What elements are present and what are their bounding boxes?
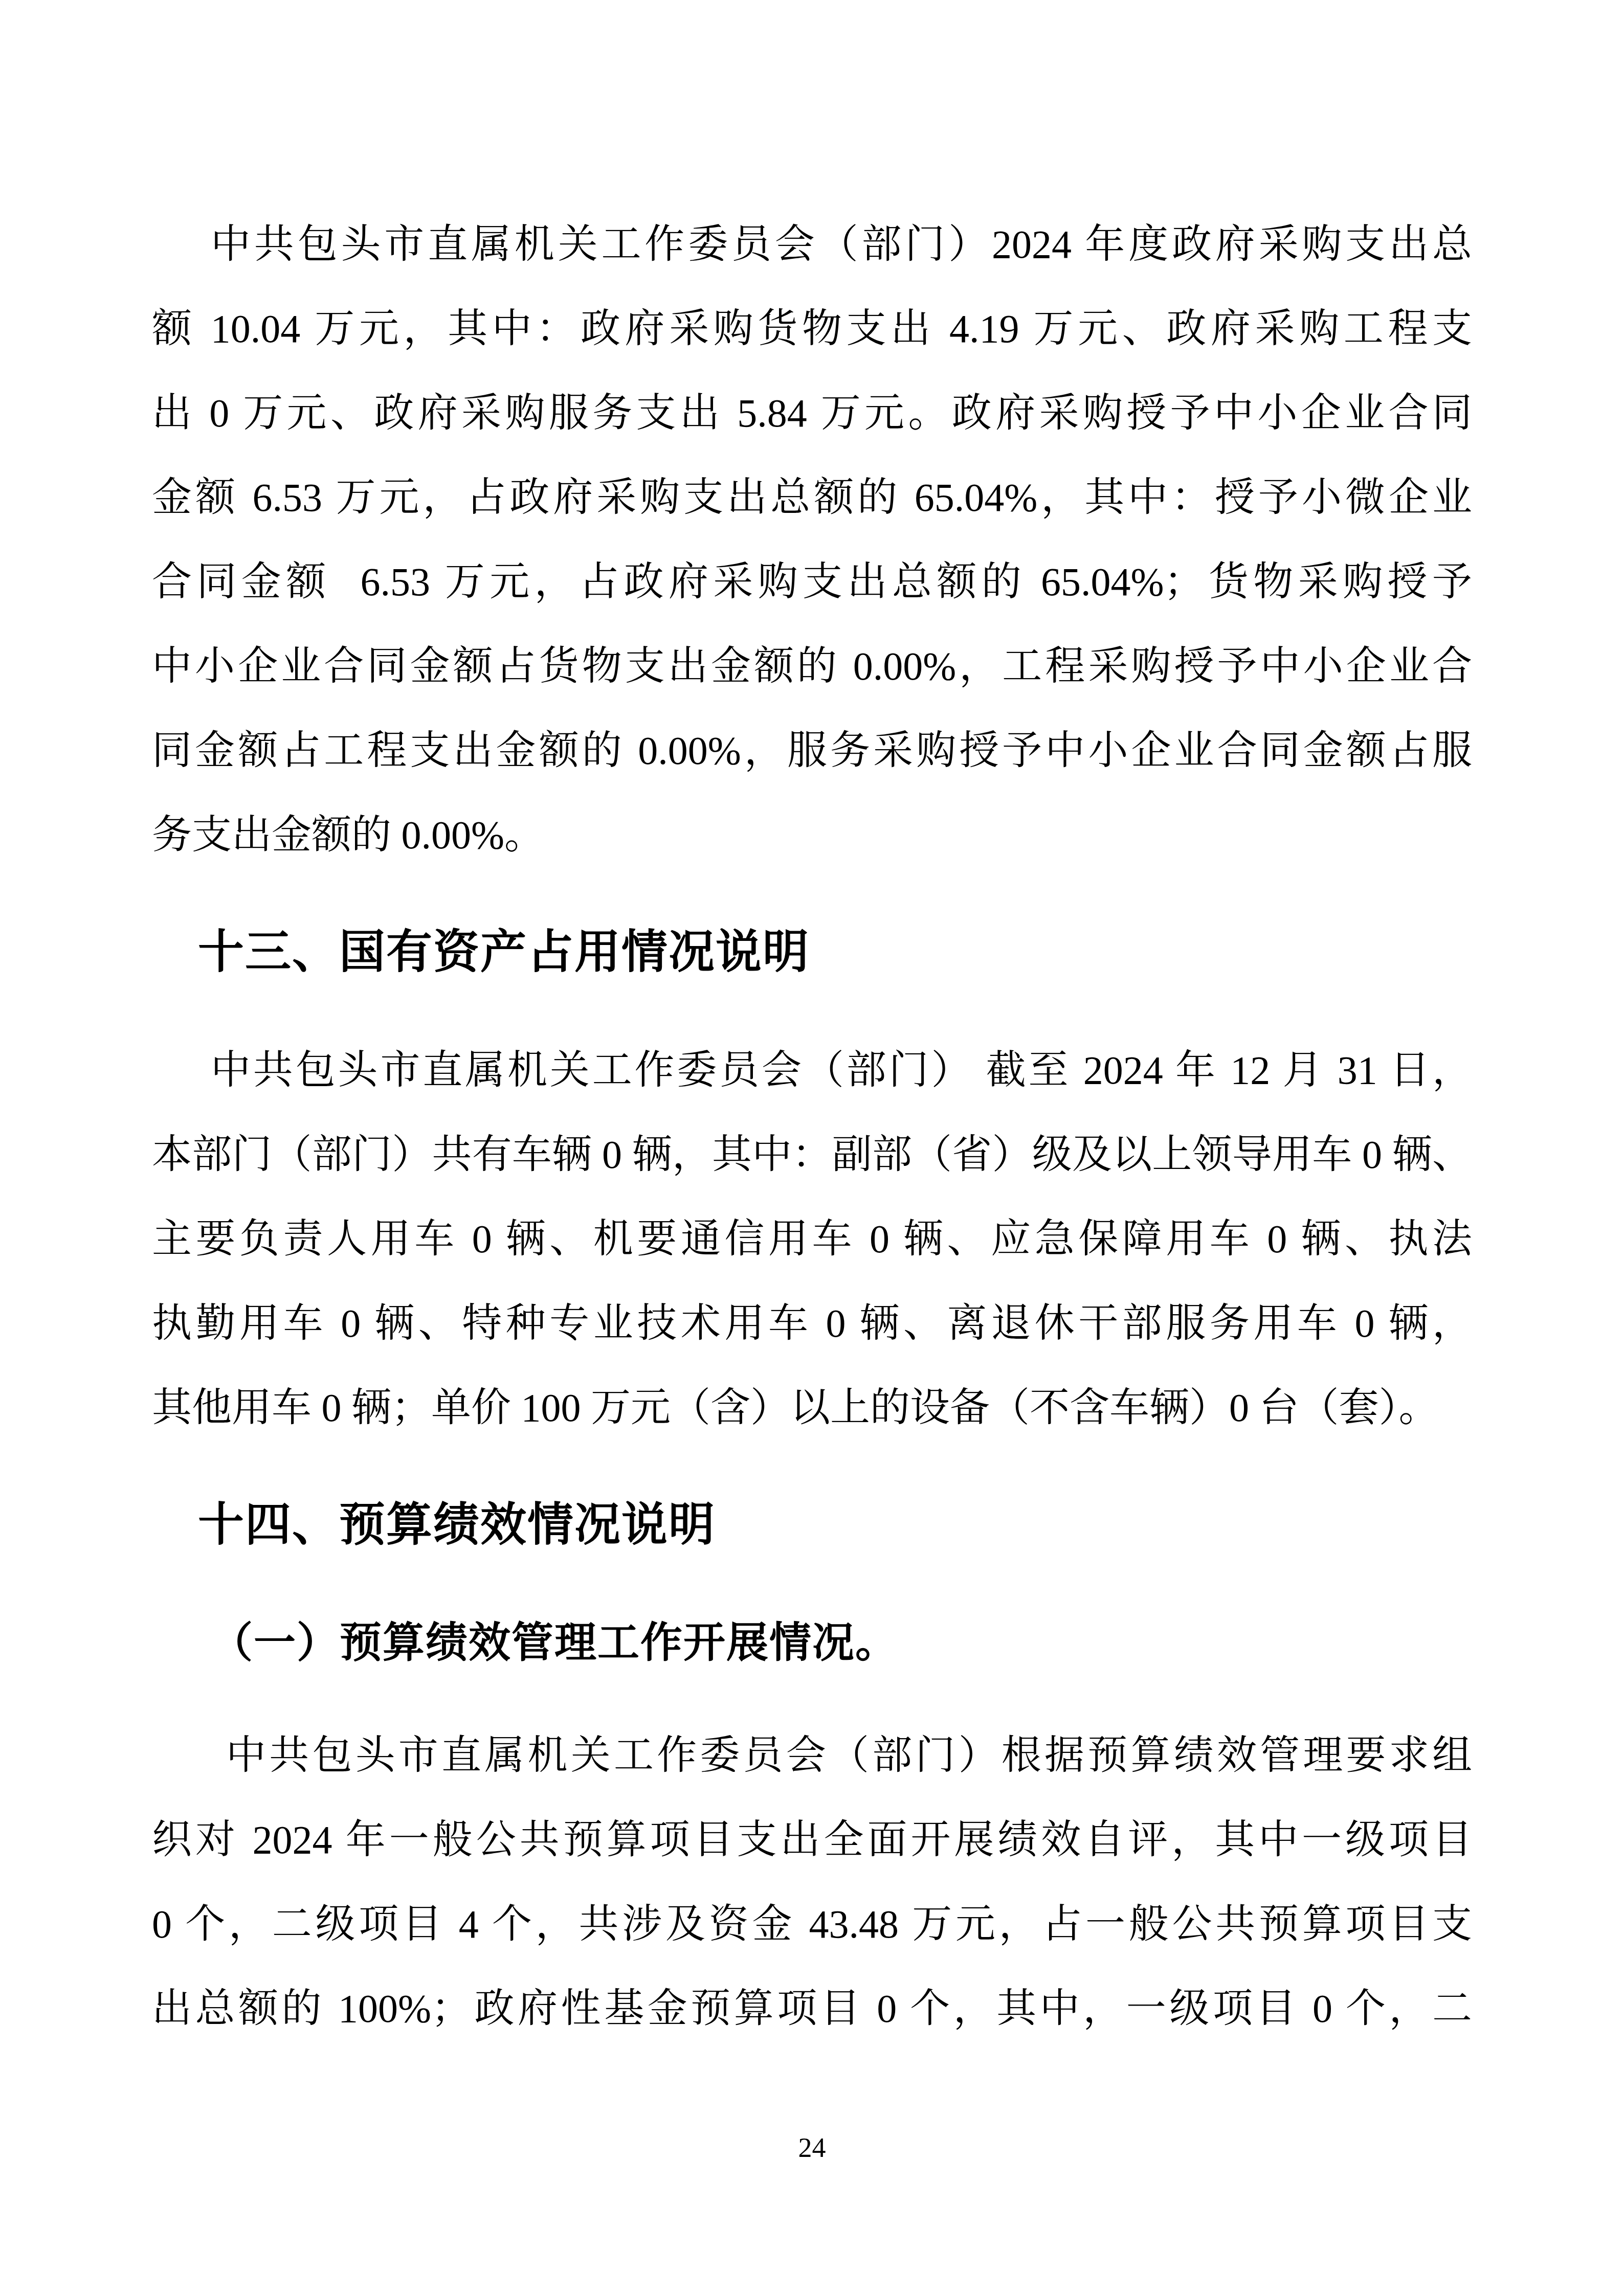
text-line: 本部门（部门）共有车辆 0 辆，其中：副部（省）级及以上领导用车 0 辆、 [152, 1112, 1472, 1197]
text-line: 织对 2024 年一般公共预算项目支出全面开展绩效自评，其中一级项目 [152, 1797, 1472, 1882]
paragraph-budget-performance: 中共包头市直属机关工作委员会（部门）根据预算绩效管理要求组织对 2024 年一般… [152, 1713, 1472, 2051]
heading-section-14-budget-performance: 十四、预算绩效情况说明 [152, 1483, 1472, 1567]
document-body: 中共包头市直属机关工作委员会（部门）2024 年度政府采购支出总额 10.04 … [0, 0, 1624, 2051]
subheading-performance-management: （一）预算绩效管理工作开展情况。 [152, 1601, 1472, 1685]
text-line: 合同金额 6.53 万元，占政府采购支出总额的 65.04%；货物采购授予 [152, 539, 1472, 624]
document-page: 中共包头市直属机关工作委员会（部门）2024 年度政府采购支出总额 10.04 … [0, 0, 1624, 2296]
text-line: 金额 6.53 万元，占政府采购支出总额的 65.04%，其中：授予小微企业 [152, 455, 1472, 539]
text-line: 执勤用车 0 辆、特种专业技术用车 0 辆、离退休干部服务用车 0 辆， [152, 1281, 1472, 1365]
text-line: 同金额占工程支出金额的 0.00%，服务采购授予中小企业合同金额占服 [152, 708, 1472, 793]
text-line: 其他用车 0 辆；单价 100 万元（含）以上的设备（不含车辆）0 台（套）。 [152, 1365, 1472, 1450]
text-line: 出总额的 100%；政府性基金预算项目 0 个，其中，一级项目 0 个，二 [152, 1966, 1472, 2051]
text-line: 0 个，二级项目 4 个，共涉及资金 43.48 万元，占一般公共预算项目支 [152, 1882, 1472, 1966]
paragraph-government-procurement: 中共包头市直属机关工作委员会（部门）2024 年度政府采购支出总额 10.04 … [152, 202, 1472, 877]
text-line: 额 10.04 万元，其中：政府采购货物支出 4.19 万元、政府采购工程支 [152, 286, 1472, 371]
text-line: 中共包头市直属机关工作委员会（部门） 截至 2024 年 12 月 31 日， [152, 1028, 1472, 1112]
text-line: 务支出金额的 0.00%。 [152, 793, 1472, 877]
text-line: 中共包头市直属机关工作委员会（部门）根据预算绩效管理要求组 [152, 1713, 1472, 1797]
heading-section-13-state-assets: 十三、国有资产占用情况说明 [152, 910, 1472, 995]
text-line: 中小企业合同金额占货物支出金额的 0.00%，工程采购授予中小企业合 [152, 624, 1472, 708]
text-line: 中共包头市直属机关工作委员会（部门）2024 年度政府采购支出总 [152, 202, 1472, 286]
text-line: 主要负责人用车 0 辆、机要通信用车 0 辆、应急保障用车 0 辆、执法 [152, 1197, 1472, 1281]
paragraph-state-assets: 中共包头市直属机关工作委员会（部门） 截至 2024 年 12 月 31 日，本… [152, 1028, 1472, 1450]
text-line: 出 0 万元、政府采购服务支出 5.84 万元。政府采购授予中小企业合同 [152, 371, 1472, 455]
page-number: 24 [0, 2132, 1624, 2163]
